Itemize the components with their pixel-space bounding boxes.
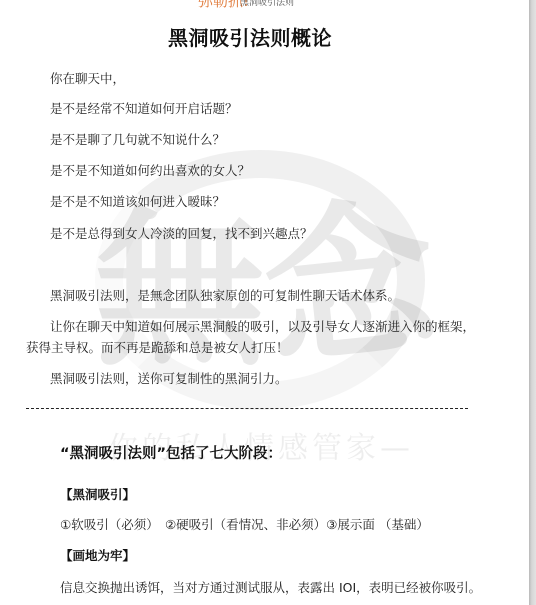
intro-line: 是不是不知道如何约出喜欢的女人？ — [50, 161, 250, 179]
header-fragment-small: 黑洞吸引法则 — [240, 0, 294, 8]
page-title: 黑洞吸引法则概论 — [0, 22, 500, 51]
intro-line: 是不是经常不知道如何开启话题？ — [50, 99, 238, 117]
page-edge-scrollbar — [529, 0, 536, 605]
stage-label: 【黑洞吸引】 — [60, 485, 135, 503]
intro-line: 是不是聊了几句就不知说什么？ — [50, 130, 225, 148]
paragraph: 黑洞吸引法则，送你可复制性的黑洞引力。 — [26, 368, 476, 389]
stage-content: ①软吸引（必须） ②硬吸引（看情况、非必须）③展示面 （基础） — [60, 515, 429, 533]
paragraph: 让你在聊天中知道如何展示黑洞般的吸引，以及引导女人逐渐进入你的框架，获得主导权。… — [26, 316, 476, 358]
dashed-divider — [26, 408, 468, 409]
section-heading: “黑洞吸引法则”包括了七大阶段： — [60, 442, 282, 463]
intro-line: 是不是不知道该如何进入暧昧？ — [50, 192, 225, 210]
paragraph: 黑洞吸引法则，是無念团队独家原创的可复制性聊天话术体系。 — [26, 285, 476, 306]
intro-line: 是不是总得到女人冷淡的回复，找不到兴趣点？ — [50, 224, 313, 242]
stage-content: 信息交换抛出诱饵，当对方通过测试服从，表露出 IOI，表明已经被你吸引。 — [60, 578, 481, 596]
document-page: 無 念 你的私人情感管家— 弥勒抓! 黑洞吸引法则 黑洞吸引法则概论 你在聊天中… — [0, 0, 529, 605]
intro-line: 你在聊天中， — [50, 69, 125, 87]
stage-label: 【画地为牢】 — [60, 546, 135, 564]
